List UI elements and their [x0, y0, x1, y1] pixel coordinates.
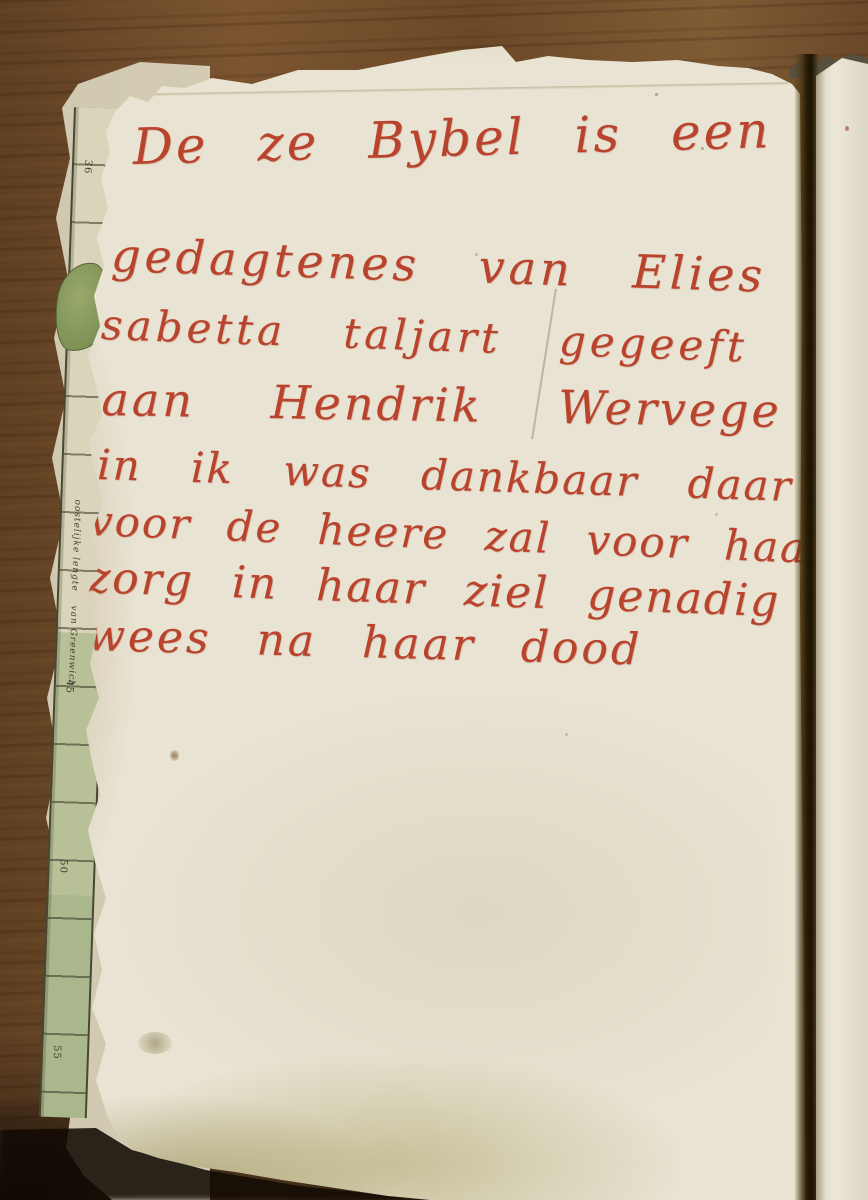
map-degree-label: 36	[82, 159, 94, 174]
map-margin-text: oostelijke lengte	[69, 499, 82, 592]
inscription-line: aan Hendrik Wervege	[101, 372, 782, 438]
ink-spot	[170, 750, 179, 761]
inscription-line: De ze Bybel is een	[132, 101, 772, 176]
photo-of-open-bible: 36 33 oostelijke lengte van Greenwich 45…	[0, 0, 868, 1200]
inscription-line: gedagtenes van Elies	[110, 228, 767, 303]
map-margin-text: van Greenwich	[66, 605, 79, 687]
map-degree-label: 55	[51, 1045, 63, 1060]
stain-smudge	[138, 1032, 172, 1054]
right-page-edge	[816, 58, 868, 1200]
inscription-line: wees na haar dood	[87, 610, 643, 676]
map-degree-label: 50	[57, 859, 69, 874]
left-page: De ze Bybel is een gedagtenes van Elies …	[0, 0, 868, 1200]
paper-freckles	[655, 93, 658, 96]
ink-speck	[845, 126, 849, 131]
map-degree-label: 45	[64, 679, 76, 694]
page-crease	[136, 82, 788, 96]
inscription-line: sabetta taljart gegeeft	[100, 300, 748, 372]
